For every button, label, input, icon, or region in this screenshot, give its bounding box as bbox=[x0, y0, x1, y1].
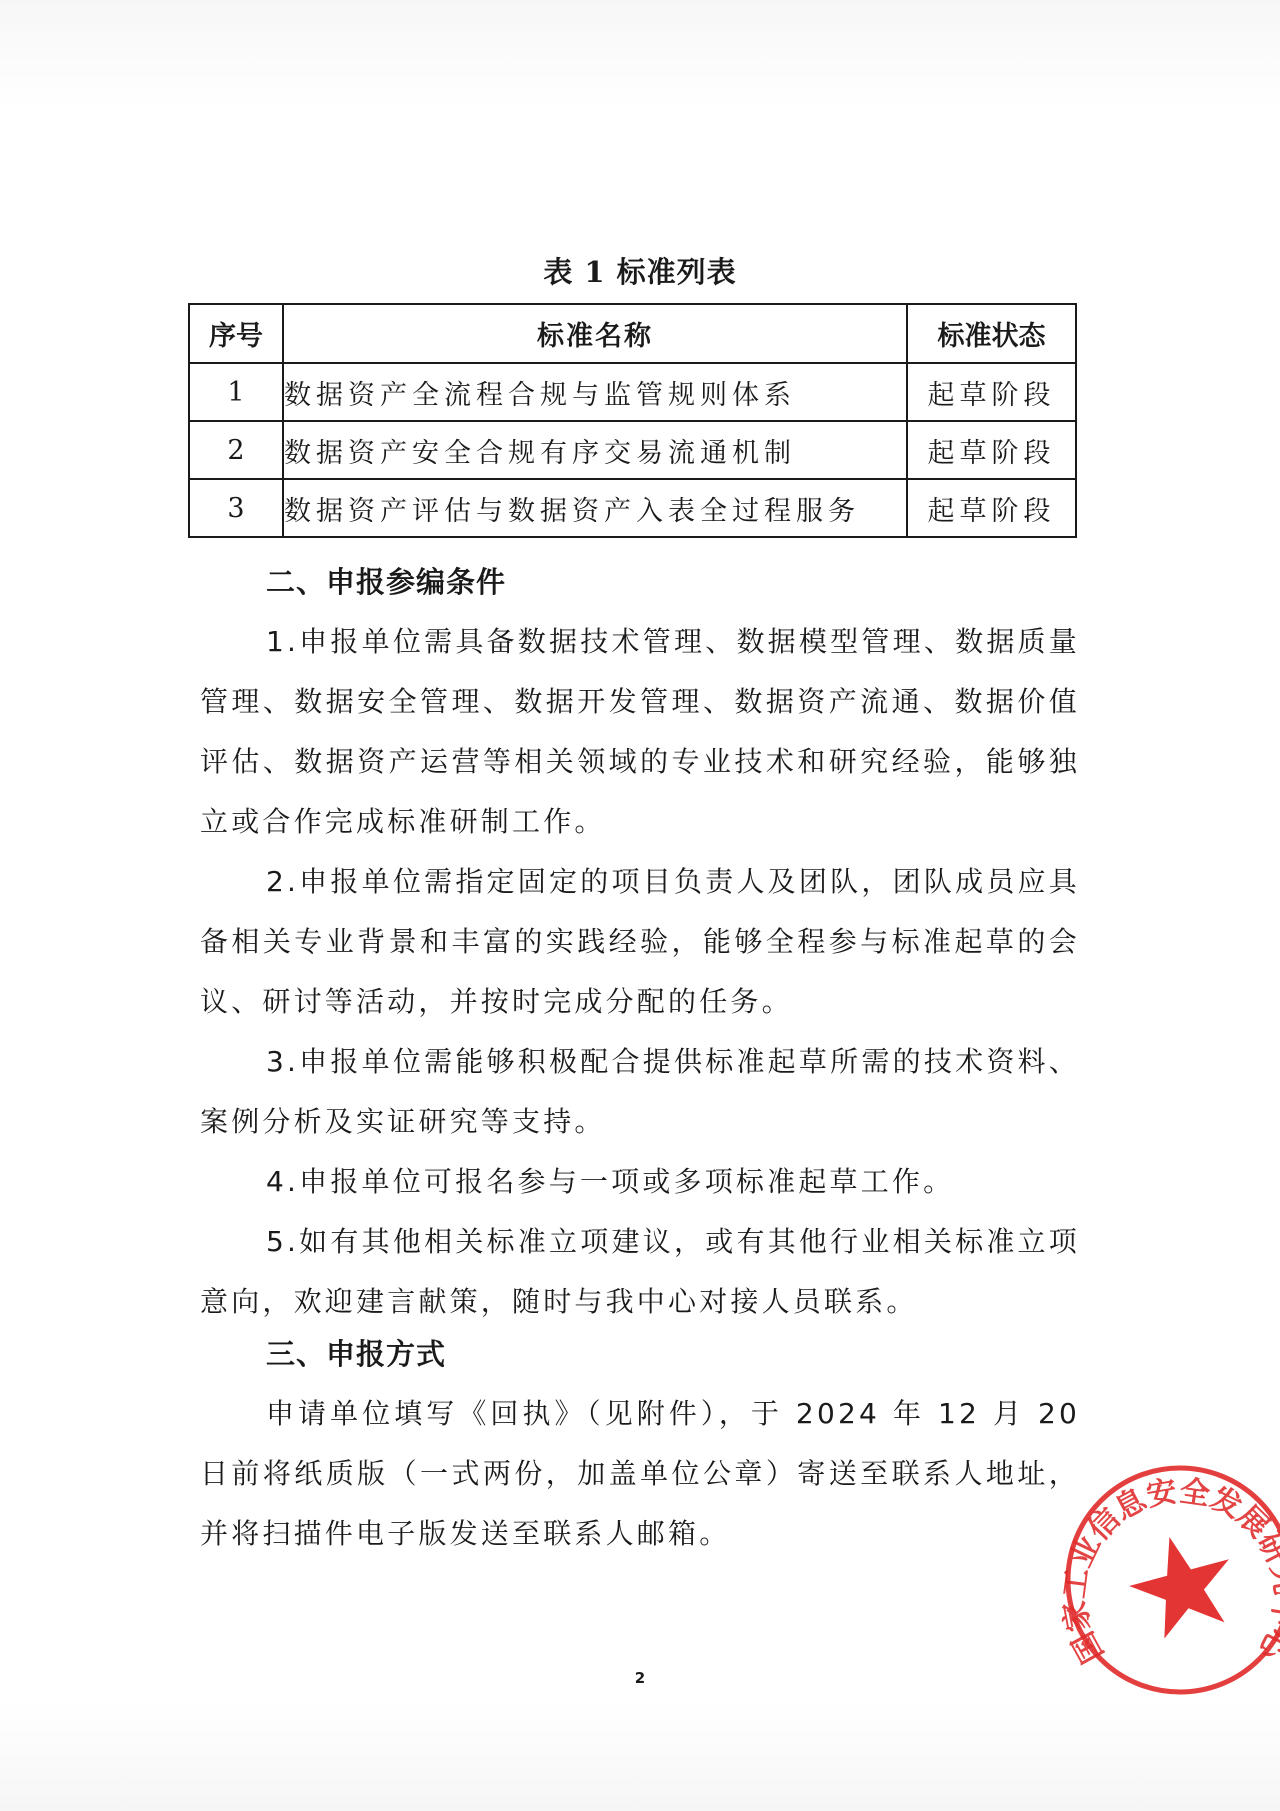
cell-no: 2 bbox=[189, 421, 283, 479]
official-seal-icon: 国家工业信息安全发展研究中心 bbox=[1055, 1455, 1280, 1705]
page-number: 2 bbox=[0, 1669, 1280, 1687]
header-status: 标准状态 bbox=[907, 304, 1076, 363]
condition-item-1: 1.申报单位需具备数据技术管理、数据模型管理、数据质量管理、数据安全管理、数据开… bbox=[200, 612, 1080, 852]
section3-heading: 三、申报方式 bbox=[266, 1332, 446, 1373]
cell-name: 数据资产评估与数据资产入表全过程服务 bbox=[283, 479, 907, 537]
cell-status: 起草阶段 bbox=[907, 479, 1076, 537]
table-row: 1 数据资产全流程合规与监管规则体系 起草阶段 bbox=[189, 363, 1076, 421]
table-row: 3 数据资产评估与数据资产入表全过程服务 起草阶段 bbox=[189, 479, 1076, 537]
cell-status: 起草阶段 bbox=[907, 421, 1076, 479]
section3-body: 申请单位填写《回执》（见附件），于 2024 年 12 月 20 日前将纸质版（… bbox=[200, 1384, 1080, 1564]
condition-item-4: 4.申报单位可报名参与一项或多项标准起草工作。 bbox=[200, 1152, 1080, 1212]
header-name: 标准名称 bbox=[283, 304, 907, 363]
condition-item-3: 3.申报单位需能够积极配合提供标准起草所需的技术资料、案例分析及实证研究等支持。 bbox=[200, 1032, 1080, 1152]
cell-no: 1 bbox=[189, 363, 283, 421]
cell-name: 数据资产安全合规有序交易流通机制 bbox=[283, 421, 907, 479]
section2-heading: 二、申报参编条件 bbox=[266, 560, 506, 601]
standards-table: 序号 标准名称 标准状态 1 数据资产全流程合规与监管规则体系 起草阶段 2 数… bbox=[188, 303, 1077, 538]
section2-body: 1.申报单位需具备数据技术管理、数据模型管理、数据质量管理、数据安全管理、数据开… bbox=[200, 612, 1080, 1332]
submission-paragraph: 申请单位填写《回执》（见附件），于 2024 年 12 月 20 日前将纸质版（… bbox=[200, 1384, 1080, 1564]
condition-item-2: 2.申报单位需指定固定的项目负责人及团队，团队成员应具备相关专业背景和丰富的实践… bbox=[200, 852, 1080, 1032]
table-row: 2 数据资产安全合规有序交易流通机制 起草阶段 bbox=[189, 421, 1076, 479]
table-caption: 表 1 标准列表 bbox=[0, 250, 1280, 291]
cell-name: 数据资产全流程合规与监管规则体系 bbox=[283, 363, 907, 421]
table-header-row: 序号 标准名称 标准状态 bbox=[189, 304, 1076, 363]
star-icon bbox=[1120, 1524, 1245, 1644]
cell-status: 起草阶段 bbox=[907, 363, 1076, 421]
cell-no: 3 bbox=[189, 479, 283, 537]
header-no: 序号 bbox=[189, 304, 283, 363]
condition-item-5: 5.如有其他相关标准立项建议，或有其他行业相关标准立项意向，欢迎建言献策，随时与… bbox=[200, 1212, 1080, 1332]
